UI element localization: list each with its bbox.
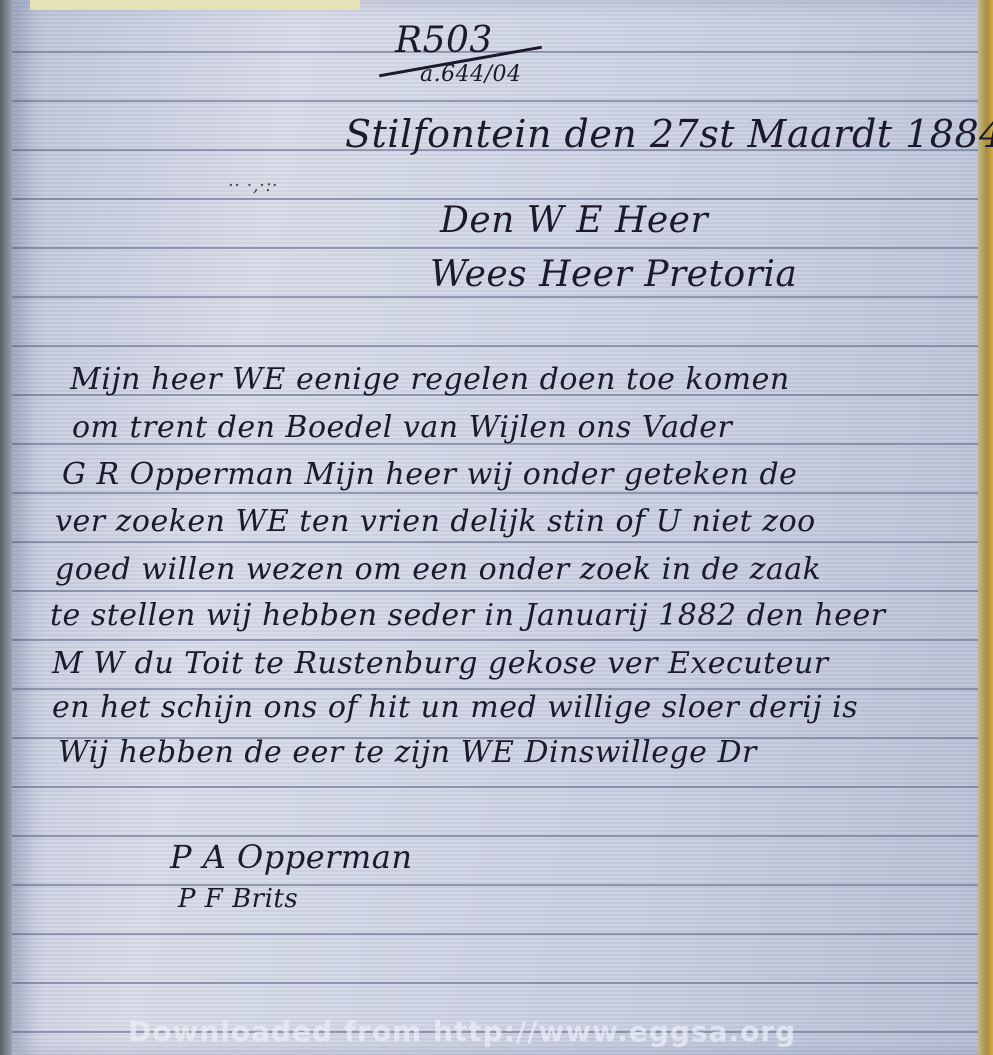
- body-line: te stellen wij hebben seder in Januarij …: [50, 598, 886, 633]
- body-line: en het schijn ons of hit un med willige …: [52, 690, 858, 725]
- body-line: M W du Toit te Rustenburg gekose ver Exe…: [52, 646, 829, 681]
- body-line: Mijn heer WE eenige regelen doen toe kom…: [70, 362, 790, 397]
- book-spine: [0, 0, 12, 1055]
- salutation-line: Wees Heer Pretoria: [430, 254, 797, 295]
- reference-number: R503: [395, 20, 493, 61]
- body-line: ver zoeken WE ten vrien delijk stin of U…: [55, 504, 816, 539]
- book-edge: [978, 0, 993, 1055]
- body-line: G R Opperman Mijn heer wij onder geteken…: [62, 457, 797, 492]
- signature: P A Opperman: [170, 838, 412, 876]
- salutation-line: Den W E Heer: [440, 200, 708, 241]
- reference-sub: a.644/04: [420, 62, 522, 87]
- body-line: om trent den Boedel van Wijlen ons Vader: [72, 410, 732, 445]
- marginal-mark: ·· ·,·:·: [228, 175, 278, 196]
- body-line: Wij hebben de eer te zijn WE Dinswillege…: [58, 735, 757, 770]
- page-top-strip: [30, 0, 360, 10]
- place-date: Stilfontein den 27st Maardt 1884: [345, 112, 993, 156]
- signature: P F Brits: [178, 884, 298, 914]
- watermark: Downloaded from http://www.eggsa.org: [128, 1015, 796, 1048]
- body-line: goed willen wezen om een onder zoek in d…: [55, 552, 821, 587]
